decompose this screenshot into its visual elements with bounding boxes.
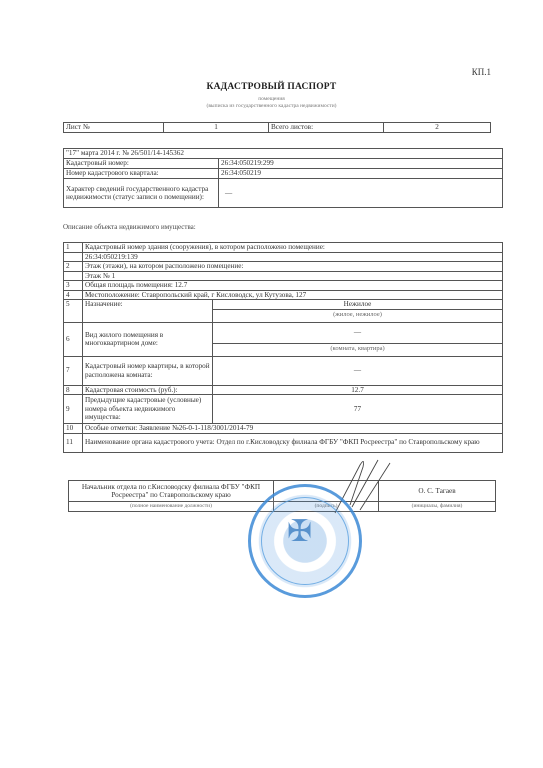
cadastral-number-value: 26:34:050219:299 bbox=[219, 159, 503, 169]
document-subtitle-object: помещения bbox=[0, 96, 543, 102]
date-number: "17" марта 2014 г. № 26/501/14-145362 bbox=[64, 149, 503, 159]
cadastral-number-label: Кадастровый номер: bbox=[64, 159, 219, 169]
record-table: "17" марта 2014 г. № 26/501/14-145362 Ка… bbox=[63, 148, 503, 208]
total-sheets-label: Всего листов: bbox=[269, 123, 384, 133]
item-2-value: Этаж № 1 bbox=[83, 271, 503, 281]
document-title: КАДАСТРОВЫЙ ПАСПОРТ bbox=[0, 82, 543, 92]
object-description-table: 1 Кадастровый номер здания (сооружения),… bbox=[63, 242, 503, 453]
document-subtitle-source: (выписка из государственного кадастра не… bbox=[0, 103, 543, 109]
item-6-num: 6 bbox=[64, 322, 83, 356]
item-5-value: Нежилое bbox=[213, 300, 503, 310]
item-4-num: 4 bbox=[64, 290, 83, 300]
item-3-label: Общая площадь помещения: 12.7 bbox=[83, 281, 503, 291]
item-6-value: — bbox=[213, 322, 503, 343]
item-2-num: 2 bbox=[64, 262, 83, 272]
item-7-label: Кадастровый номер квартиры, в которой ра… bbox=[83, 356, 213, 385]
item-6-label: Вид жилого помещения в многоквартирном д… bbox=[83, 322, 213, 356]
item-4-label: Местоположение: Ставропольский край, г К… bbox=[83, 290, 503, 300]
sheet-number: 1 bbox=[164, 123, 269, 133]
item-7-value: — bbox=[213, 356, 503, 385]
item-1-label: Кадастровый номер здания (сооружения), в… bbox=[83, 243, 503, 253]
item-6-hint: (комната, квартира) bbox=[213, 343, 503, 356]
item-5-hint: (жилое, нежилое) bbox=[213, 309, 503, 322]
official-position: Начальник отдела по г.Кисловодску филиал… bbox=[69, 481, 274, 502]
item-10-label: Особые отметки: Заявление №26-0-1-118/30… bbox=[83, 424, 503, 434]
item-9-num: 9 bbox=[64, 395, 83, 424]
item-8-value: 12.7 bbox=[213, 385, 503, 395]
form-code: КП.1 bbox=[472, 67, 491, 77]
sheet-info-table: Лист № 1 Всего листов: 2 bbox=[63, 122, 491, 133]
description-heading: Описание объекта недвижимого имущества: bbox=[63, 223, 196, 231]
record-status-value: — bbox=[219, 179, 503, 208]
item-11-num: 11 bbox=[64, 433, 83, 452]
coat-of-arms-icon: ✠ bbox=[287, 517, 312, 547]
record-status-label: Характер сведений государственного кадас… bbox=[64, 179, 219, 208]
item-5-num: 5 bbox=[64, 300, 83, 323]
item-10-num: 10 bbox=[64, 424, 83, 434]
item-11-label: Наименование органа кадастрового учета: … bbox=[83, 433, 503, 452]
item-8-label: Кадастровая стоимость (руб.): bbox=[83, 385, 213, 395]
quarter-number-label: Номер кадастрового квартала: bbox=[64, 169, 219, 179]
position-hint: (полное наименование должности) bbox=[69, 502, 274, 512]
item-7-num: 7 bbox=[64, 356, 83, 385]
item-1-num: 1 bbox=[64, 243, 83, 253]
item-2-label: Этаж (этажи), на котором расположено пом… bbox=[83, 262, 503, 272]
sheet-label: Лист № bbox=[64, 123, 164, 133]
item-5-label: Назначение: bbox=[83, 300, 213, 323]
item-9-value: 77 bbox=[213, 395, 503, 424]
item-8-num: 8 bbox=[64, 385, 83, 395]
item-1-value: 26:34:050219:139 bbox=[83, 252, 503, 262]
total-sheets-value: 2 bbox=[384, 123, 491, 133]
item-3-num: 3 bbox=[64, 281, 83, 291]
quarter-number-value: 26:34:050219 bbox=[219, 169, 503, 179]
official-seal-icon: ✠ bbox=[248, 484, 362, 598]
item-9-label: Предыдущие кадастровые (условные) номера… bbox=[83, 395, 213, 424]
